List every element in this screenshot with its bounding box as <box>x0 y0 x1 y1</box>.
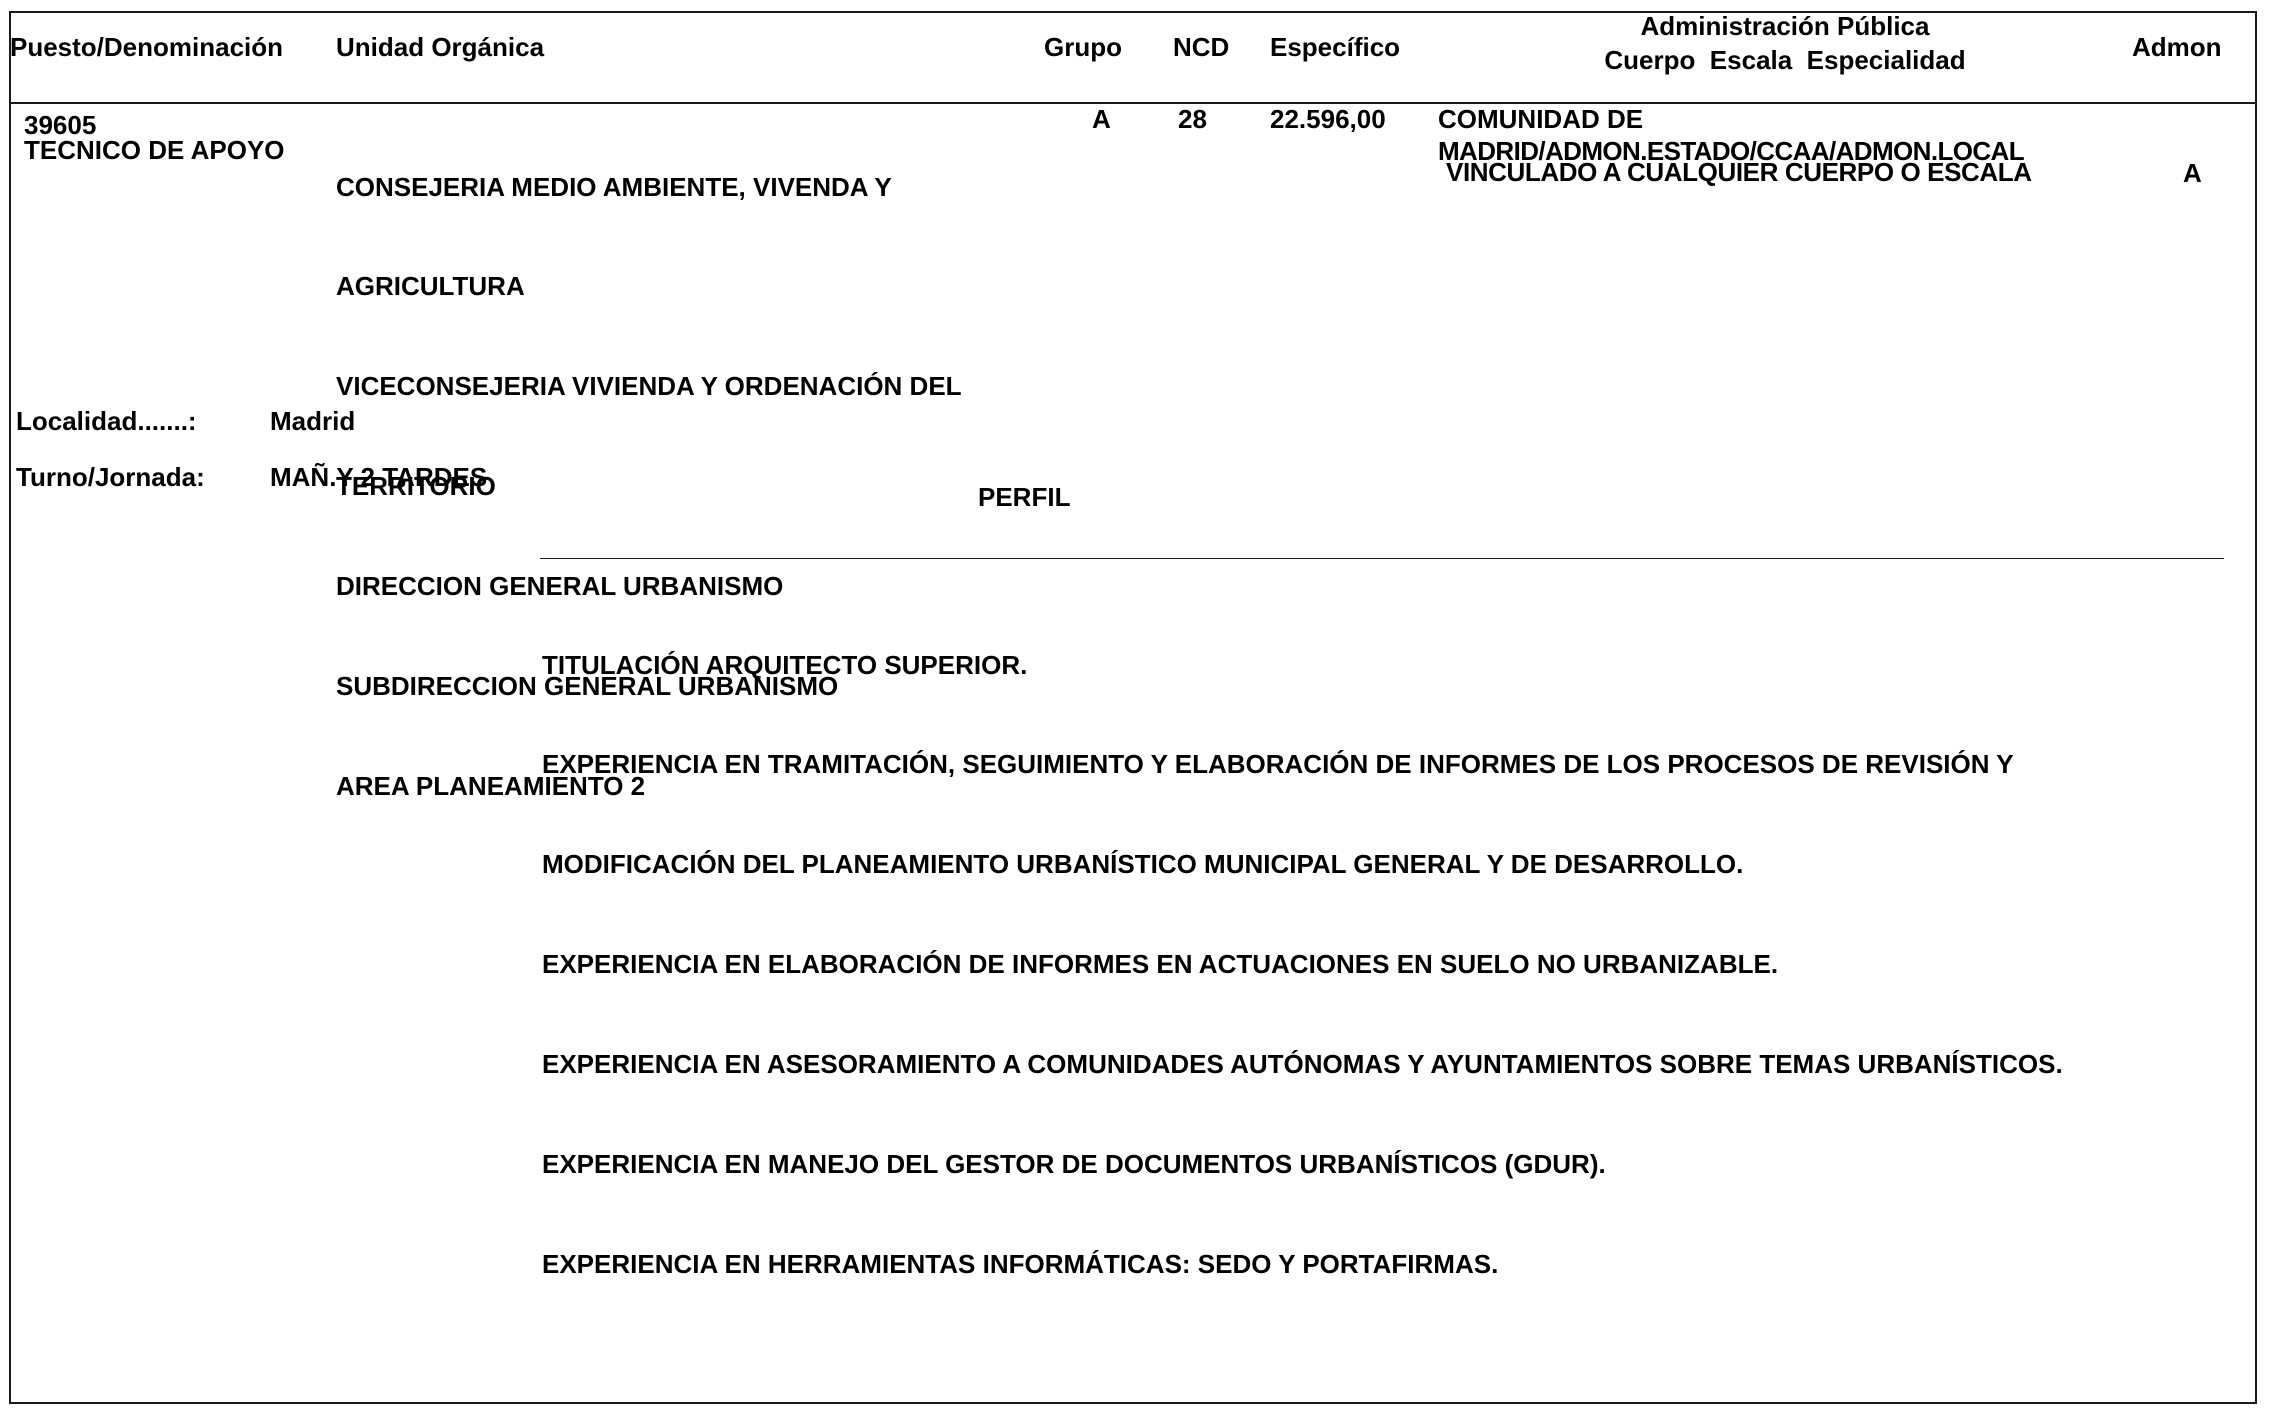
ncd-value: 28 <box>1178 104 1207 134</box>
header-unidad-organica: Unidad Orgánica <box>336 32 544 62</box>
header-grupo: Grupo <box>1044 32 1122 62</box>
localidad-value: Madrid <box>270 406 355 436</box>
header-especifico: Específico <box>1270 32 1400 62</box>
perfil-title: PERFIL <box>978 482 1070 512</box>
turno-value: MAÑ.Y 2 TARDES <box>270 462 487 492</box>
perfil-line: TITULACIÓN ARQUITECTO SUPERIOR. <box>542 649 2063 682</box>
perfil-line: MODIFICACIÓN DEL PLANEAMIENTO URBANÍSTIC… <box>542 848 2063 881</box>
puesto-numero: 39605 <box>24 113 96 137</box>
denominacion: TECNICO DE APOYO <box>24 138 285 162</box>
perfil-line: EXPERIENCIA EN HERRAMIENTAS INFORMÁTICAS… <box>542 1248 2063 1281</box>
header-puesto-denominacion: Puesto/Denominación <box>10 32 283 62</box>
localidad-label: Localidad.......: <box>16 406 197 436</box>
unidad-line: VICECONSEJERIA VIVIENDA Y ORDENACIÓN DEL <box>336 370 962 403</box>
header-administracion-publica: Administración Pública <box>1560 11 2010 41</box>
header-cuerpo-escala-especialidad: Cuerpo Escala Especialidad <box>1560 45 2010 75</box>
administracion-line-1: COMUNIDAD DE <box>1438 104 1643 134</box>
perfil-line: EXPERIENCIA EN TRAMITACIÓN, SEGUIMIENTO … <box>542 748 2063 781</box>
perfil-line: EXPERIENCIA EN MANEJO DEL GESTOR DE DOCU… <box>542 1148 2063 1181</box>
perfil-line: EXPERIENCIA EN ASESORAMIENTO A COMUNIDAD… <box>542 1048 2063 1081</box>
admon-value: A <box>2183 158 2202 188</box>
turno-label: Turno/Jornada: <box>16 462 205 492</box>
header-ncd: NCD <box>1173 32 1229 62</box>
grupo-value: A <box>1092 104 1111 134</box>
perfil-text: TITULACIÓN ARQUITECTO SUPERIOR. EXPERIEN… <box>542 582 2063 1315</box>
perfil-line: EXPERIENCIA EN ELABORACIÓN DE INFORMES E… <box>542 948 2063 981</box>
unidad-line: CONSEJERIA MEDIO AMBIENTE, VIVENDA Y <box>336 171 962 204</box>
perfil-divider <box>540 558 2224 559</box>
especifico-value: 22.596,00 <box>1270 104 1386 134</box>
header-admon: Admon <box>2132 32 2222 62</box>
cuerpo-escala-value: VINCULADO A CUALQUIER CUERPO O ESCALA <box>1446 157 2032 187</box>
unidad-line: AGRICULTURA <box>336 270 962 303</box>
